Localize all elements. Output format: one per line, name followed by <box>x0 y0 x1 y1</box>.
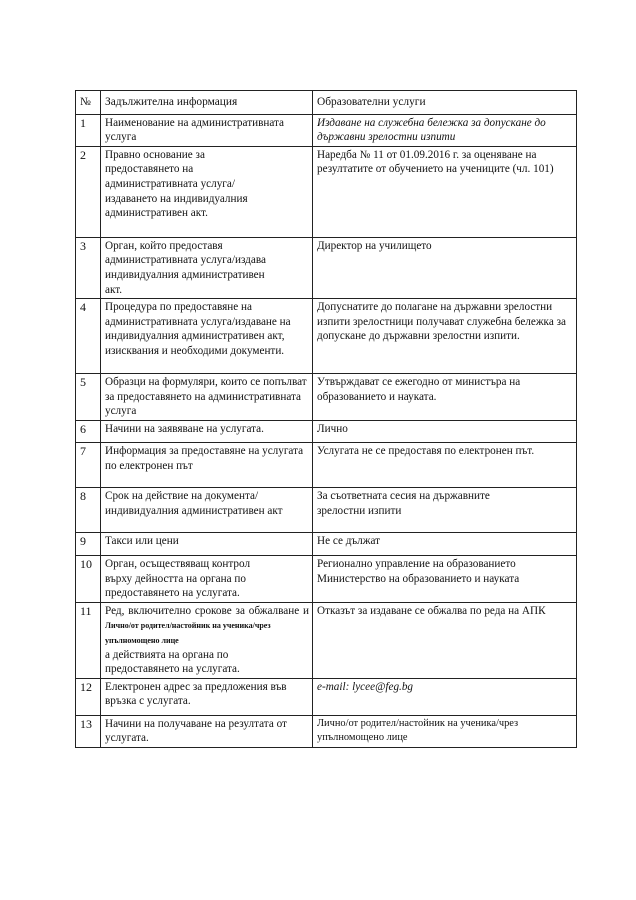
row-number: 9 <box>76 532 101 555</box>
value-line: Регионално управление на образованието <box>317 557 572 572</box>
row-info: Информация за предоставяне на услугата п… <box>101 442 313 487</box>
row-info: Начини на заявяване на услугата. <box>101 420 313 442</box>
table-row: 13 Начини на получаване на резултата от … <box>76 715 577 747</box>
row-number: 12 <box>76 678 101 715</box>
row-value: Издаване на служебна бележка за допускан… <box>313 114 577 146</box>
row-info: Начини на получаване на резултата от усл… <box>101 715 313 747</box>
row-info: Процедура по предоставяне на администрат… <box>101 299 313 374</box>
row-value: Услугата не се предоставя по електронен … <box>313 442 577 487</box>
table-row: 9 Такси или цени Не се дължат <box>76 532 577 555</box>
row-info: Такси или цени <box>101 532 313 555</box>
row-number: 2 <box>76 146 101 237</box>
info-inserted: Лично/от родител/настойник на ученика/чр… <box>105 621 271 645</box>
administrative-service-table: № Задължителна информация Образователни … <box>75 90 577 748</box>
row-number: 7 <box>76 442 101 487</box>
row-info: Образци на формуляри, които се попълват … <box>101 374 313 421</box>
info-end: а действията на органа по предоставянето… <box>105 648 308 677</box>
row-value: Допуснатите до полагане на държавни зрел… <box>313 299 577 374</box>
row-number: 3 <box>76 237 101 298</box>
row-value: Отказът за издаване се обжалва по реда н… <box>313 602 577 678</box>
row-number: 5 <box>76 374 101 421</box>
row-value: Наредба № 11 от 01.09.2016 г. за оценява… <box>313 146 577 237</box>
table-header-row: № Задължителна информация Образователни … <box>76 91 577 115</box>
row-number: 13 <box>76 715 101 747</box>
table-row: 3 Орган, който предоставя административн… <box>76 237 577 298</box>
row-info: Срок на действие на документа/ индивидуа… <box>101 487 313 532</box>
row-number: 10 <box>76 555 101 602</box>
table-row: 12 Електронен адрес за предложения във в… <box>76 678 577 715</box>
row-number: 4 <box>76 299 101 374</box>
table-row: 2 Правно основание за предоставянето на … <box>76 146 577 237</box>
table-row: 10 Орган, осъществяващ контрол върху дей… <box>76 555 577 602</box>
row-info: Орган, осъществяващ контрол върху дейнос… <box>101 555 313 602</box>
table-row: 5 Образци на формуляри, които се попълва… <box>76 374 577 421</box>
row-value: Лично <box>313 420 577 442</box>
table-row: 4 Процедура по предоставяне на администр… <box>76 299 577 374</box>
row-info: Електронен адрес за предложения във връз… <box>101 678 313 715</box>
row-info: Наименование на административната услуга <box>101 114 313 146</box>
row-info: Ред, включително срокове за обжалване и … <box>101 602 313 678</box>
header-number: № <box>76 91 101 115</box>
info-start: Ред, включително срокове за обжалване и <box>105 604 309 619</box>
row-info: Орган, който предоставя административнат… <box>101 237 313 298</box>
row-value: Не се дължат <box>313 532 577 555</box>
row-number: 11 <box>76 602 101 678</box>
table-row: 6 Начини на заявяване на услугата. Лично <box>76 420 577 442</box>
row-number: 6 <box>76 420 101 442</box>
row-value: Директор на училището <box>313 237 577 298</box>
table-row: 8 Срок на действие на документа/ индивид… <box>76 487 577 532</box>
row-info: Правно основание за предоставянето на ад… <box>101 146 313 237</box>
value-line: Министерство на образованието и науката <box>317 572 572 587</box>
row-value: За съответната сесия на държавните зрело… <box>313 487 577 532</box>
table-row: 1 Наименование на административната услу… <box>76 114 577 146</box>
email-link[interactable]: e-mail: lycee@feg.bg <box>313 678 577 715</box>
table-row: 7 Информация за предоставяне на услугата… <box>76 442 577 487</box>
row-number: 1 <box>76 114 101 146</box>
header-educational-services: Образователни услуги <box>313 91 577 115</box>
row-value: Утвърждават се ежегодно от министъра на … <box>313 374 577 421</box>
row-value: Регионално управление на образованието М… <box>313 555 577 602</box>
table-row: 11 Ред, включително срокове за обжалване… <box>76 602 577 678</box>
row-number: 8 <box>76 487 101 532</box>
row-value: Лично/от родител/настойник на ученика/чр… <box>313 715 577 747</box>
document-page: № Задължителна информация Образователни … <box>0 0 636 900</box>
header-required-info: Задължителна информация <box>101 91 313 115</box>
